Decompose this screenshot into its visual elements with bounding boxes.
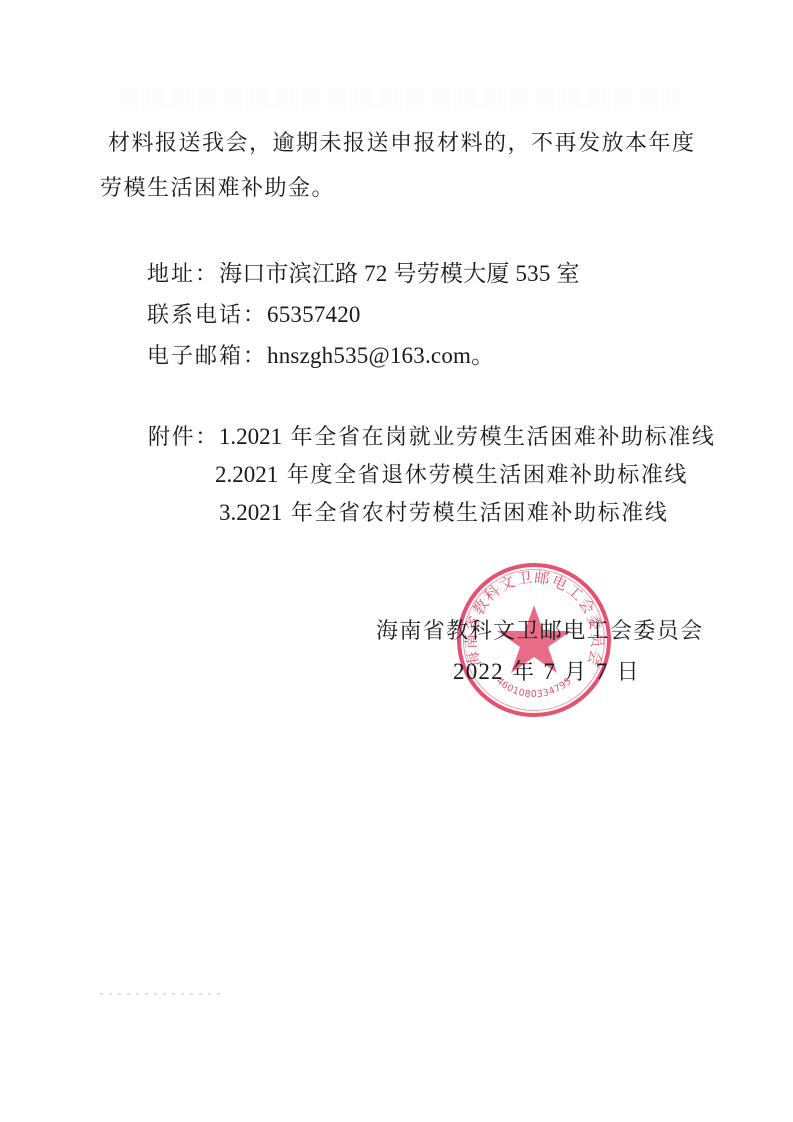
date-month-unit: 月 [556,660,596,685]
body-paragraph-line-2: 劳模生活困难补助金。 [100,178,335,200]
attachment-number: 1.2021 [219,424,282,449]
address-label: 地址： [147,262,219,287]
scan-noise [100,993,220,995]
date-year-unit: 年 [504,660,544,685]
body-paragraph-line-1: 材料报送我会，逾期未报送申报材料的，不再发放本年度 [108,133,696,155]
address-value: 海口市滨江路 72 号劳模大厦 535 室 [219,261,580,286]
attachment-item-2: 2.2021 年度全省退休劳模生活困难补助标准线 [215,463,688,487]
attachment-title: 年全省农村劳模生活困难补助标准线 [282,501,668,526]
attachment-title: 年度全省退休劳模生活困难补助标准线 [278,463,688,488]
date-month: 7 [543,659,556,684]
date-year: 2022 [453,659,504,684]
contact-phone: 联系电话：65357420 [147,303,361,327]
signature-date: 2022 年 7 月 7 日 [453,660,640,684]
document-page: 材料报送我会，逾期未报送申报材料的，不再发放本年度 劳模生活困难补助金。 地址：… [0,0,793,1122]
phone-label: 联系电话： [147,303,267,328]
attachment-number: 3.2021 [219,500,282,525]
attachment-number: 2.2021 [215,462,278,487]
email-label: 电子邮箱： [147,344,267,369]
attachment-item-1: 附件：1.2021 年全省在岗就业劳模生活困难补助标准线 [148,425,715,449]
attachment-item-3: 3.2021 年全省农村劳模生活困难补助标准线 [219,501,668,525]
signature-organization: 海南省教科文卫邮电工会委员会 [376,621,704,643]
phone-value: 65357420 [267,302,361,327]
attachments-label: 附件： [148,425,219,450]
scan-bleed-through [120,88,680,110]
contact-email: 电子邮箱：hnszgh535@163.com。 [147,344,494,368]
attachment-title: 年全省在岗就业劳模生活困难补助标准线 [282,425,715,450]
contact-address: 地址：海口市滨江路 72 号劳模大厦 535 室 [147,262,580,286]
date-day-unit: 日 [608,660,639,685]
date-day: 7 [596,659,609,684]
email-value: hnszgh535@163.com。 [267,343,494,368]
